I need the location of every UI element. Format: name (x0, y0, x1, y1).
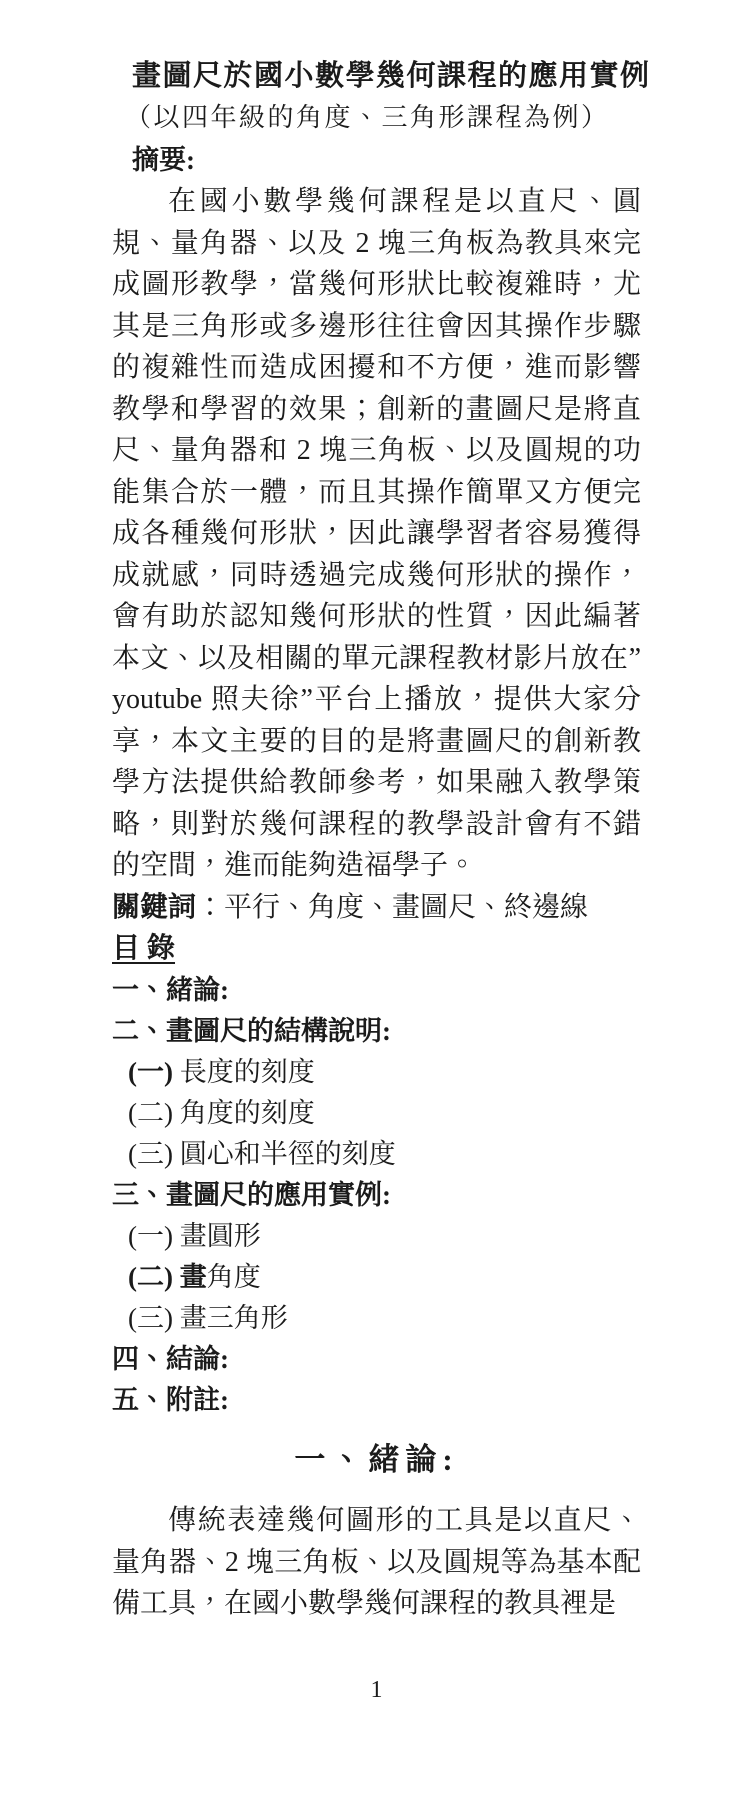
keywords-label: 關鍵詞 (112, 892, 196, 923)
toc-title: 目 錄 (112, 928, 641, 970)
doc-subtitle: （以四年級的角度、三角形課程為例） (112, 97, 641, 139)
toc-item-1-intro: 一、緒論: (112, 970, 641, 1011)
toc-item-3-1-draw-circle: (一) 畫圓形 (112, 1216, 641, 1257)
toc-item-2-3-center-radius-scale: (三) 圓心和半徑的刻度 (112, 1134, 641, 1175)
keywords-line: 關鍵詞：平行、角度、畫圖尺、終邊線 (112, 887, 641, 929)
document-page: 畫圖尺於國小數學幾何課程的應用實例 （以四年級的角度、三角形課程為例） 摘要: … (0, 0, 753, 1795)
page-number: 1 (112, 1675, 641, 1705)
toc-item-5-notes: 五、附註: (112, 1380, 641, 1421)
toc-item-3-3-draw-triangle: (三) 畫三角形 (112, 1298, 641, 1339)
toc-item-2-structure: 二、畫圖尺的結構說明: (112, 1011, 641, 1052)
keywords-text: ：平行、角度、畫圖尺、終邊線 (196, 892, 588, 923)
table-of-contents: 一、緒論: 二、畫圖尺的結構說明: (一) 長度的刻度 (二) 角度的刻度 (三… (112, 970, 641, 1421)
toc-item-2-1-length-scale: (一) 長度的刻度 (112, 1052, 641, 1093)
abstract-label: 摘要: (112, 139, 641, 181)
introduction-paragraph: 傳統表達幾何圖形的工具是以直尺、量角器、2 塊三角板、以及圓規等為基本配備工具，… (112, 1500, 641, 1625)
toc-item-3-2-draw-angle: (二) 畫角度 (112, 1257, 641, 1298)
toc-item-4-conclusion: 四、結論: (112, 1339, 641, 1380)
doc-title: 畫圖尺於國小數學幾何課程的應用實例 (112, 55, 641, 97)
document-header: 畫圖尺於國小數學幾何課程的應用實例 （以四年級的角度、三角形課程為例） 摘要: (112, 55, 641, 181)
abstract-paragraph: 在國小數學幾何課程是以直尺、圓規、量角器、以及 2 塊三角板為教具來完成圖形教學… (112, 181, 641, 887)
toc-item-3-applications: 三、畫圖尺的應用實例: (112, 1175, 641, 1216)
section-heading-introduction: 一、緒論: (112, 1438, 641, 1482)
toc-item-2-2-angle-scale: (二) 角度的刻度 (112, 1093, 641, 1134)
